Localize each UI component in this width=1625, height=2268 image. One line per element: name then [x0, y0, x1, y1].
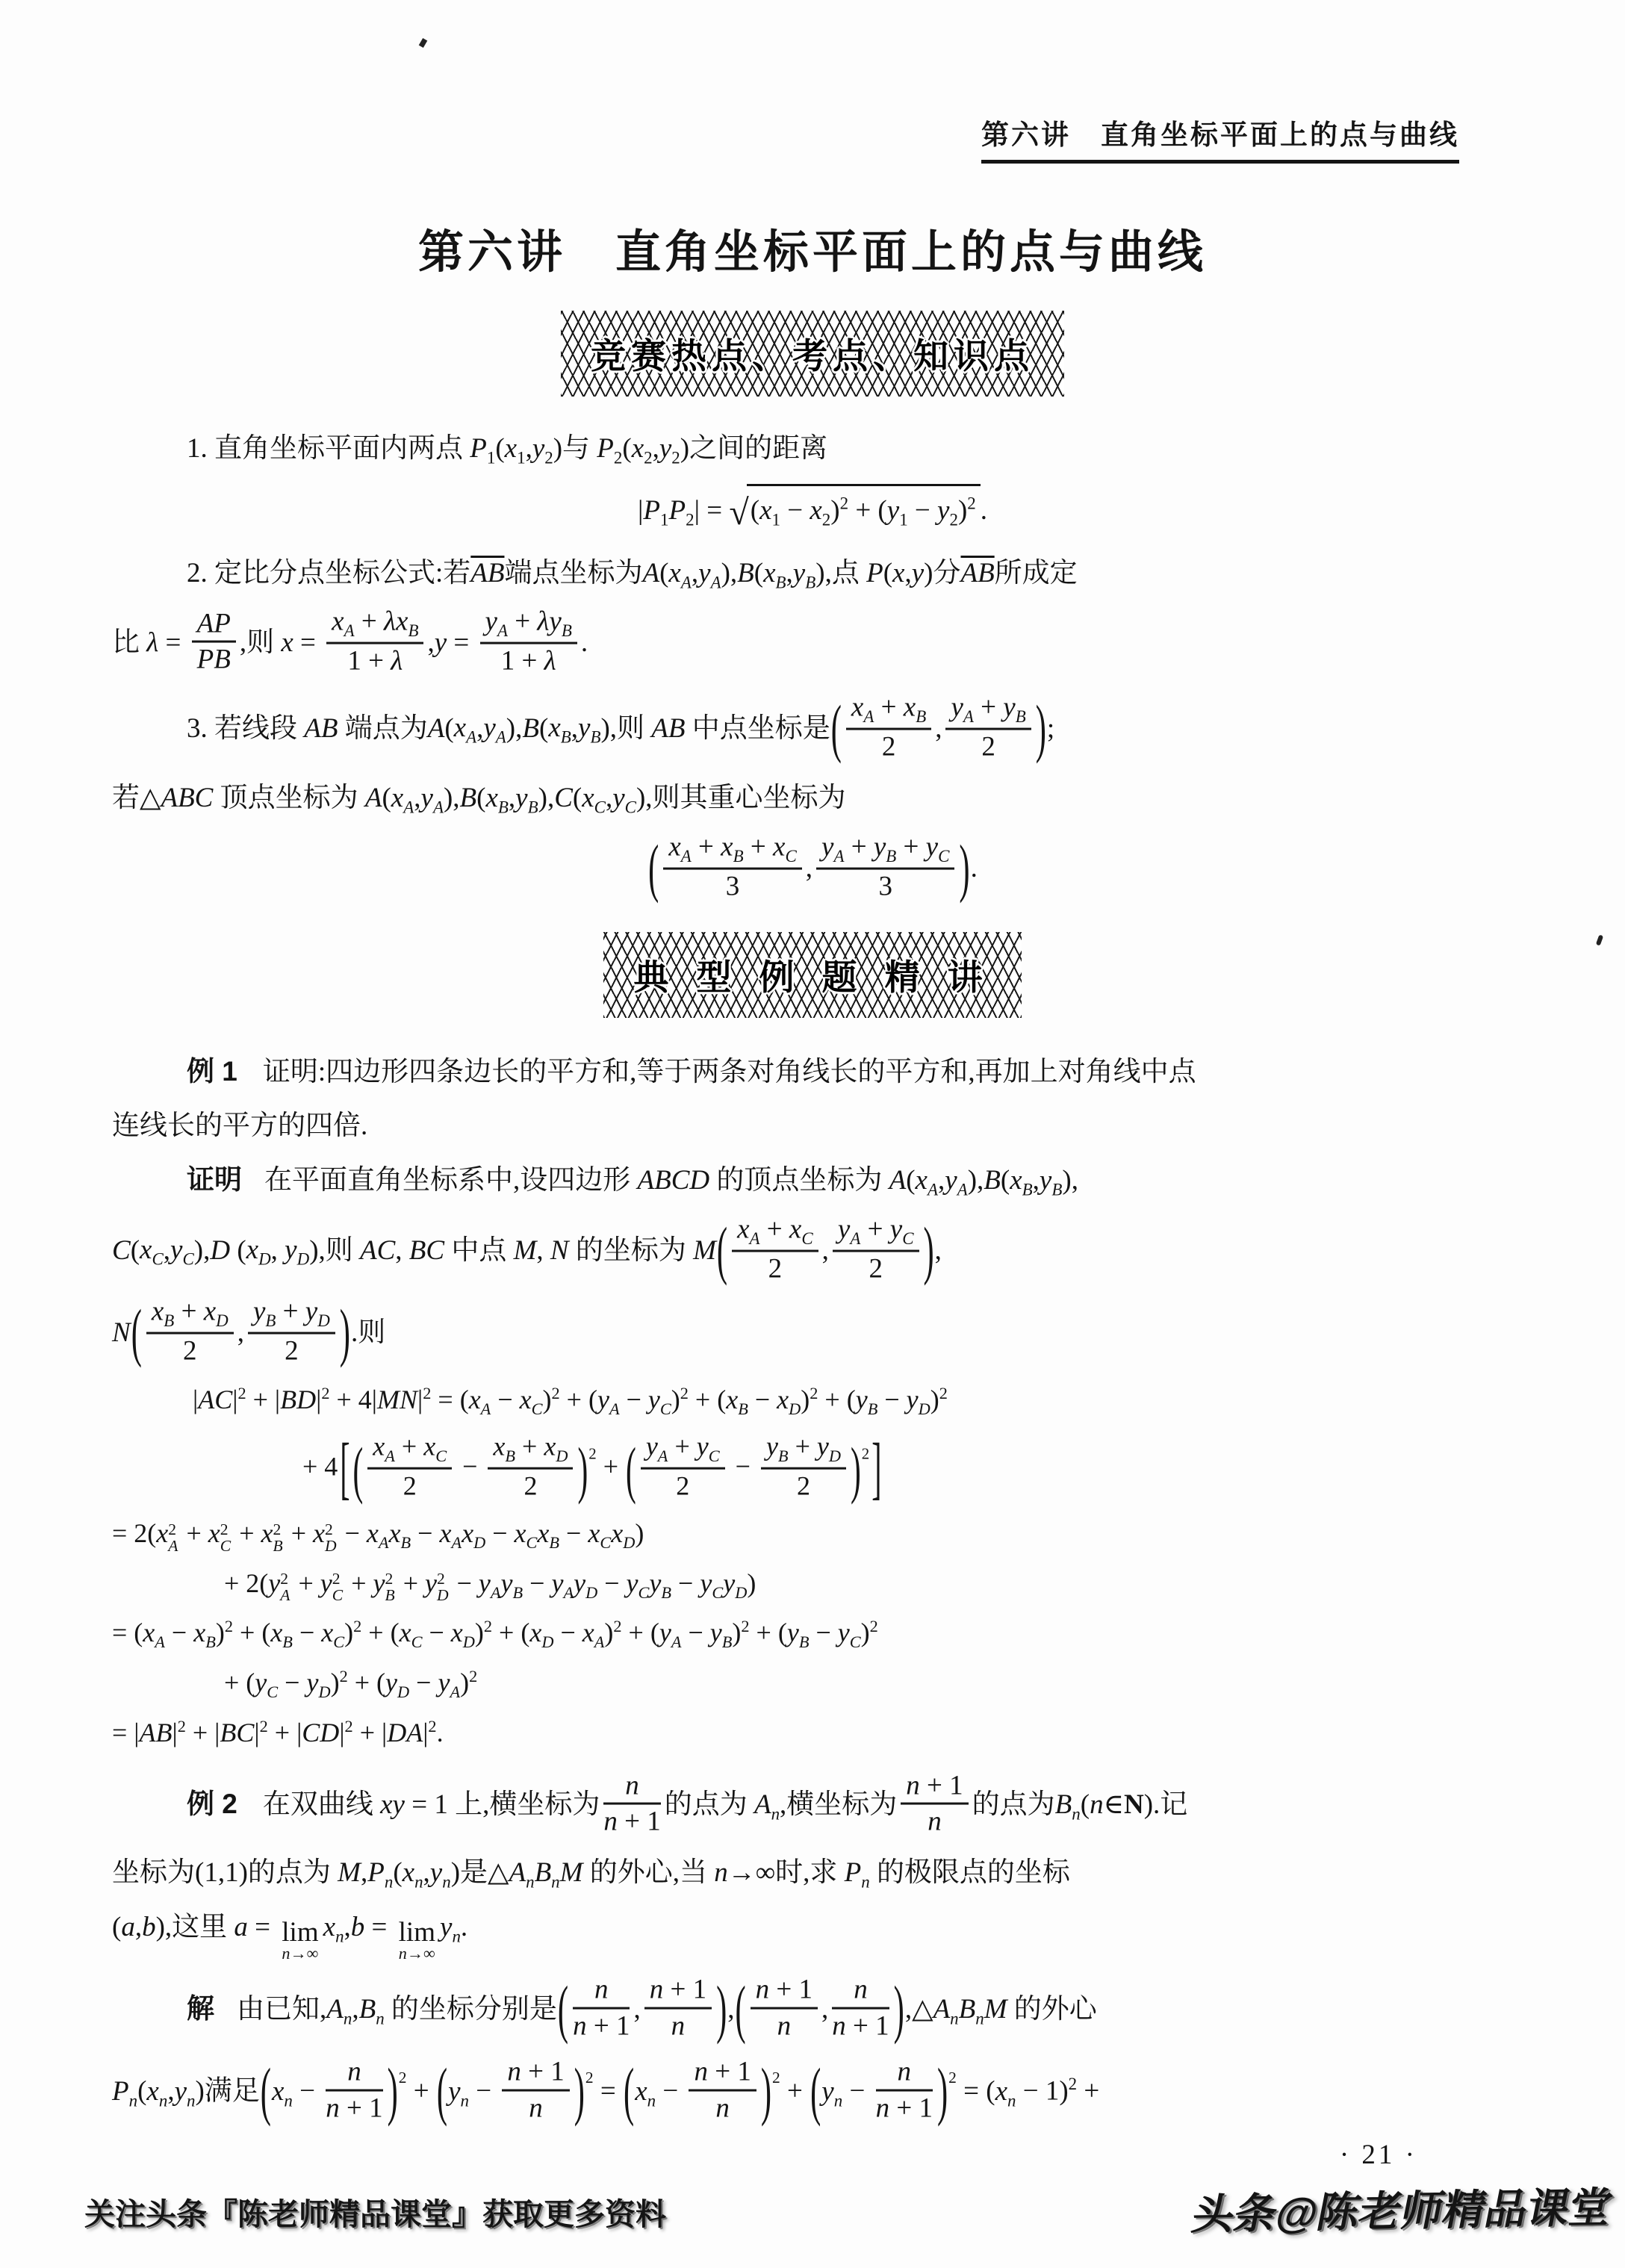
- knowledge-item-1-formula: |P1P2| = √(x1 − x2)2 + (y1 − y2)2.: [112, 484, 1513, 542]
- knowledge-item-3-line2: 若△ABC 顶点坐标为 A(xA,yA),B(xB,yB),C(xC,yC),则…: [112, 776, 1513, 821]
- example1-proof-line1: 证明在平面直角坐标系中,设四边形 ABCD 的顶点坐标为 A(xA,yA),B(…: [112, 1158, 1513, 1204]
- example2-solution-line1: 解由已知,An,Bn 的坐标分别是(nn + 1,n + 1n),(n + 1n…: [112, 1976, 1513, 2046]
- example2-solution-line2: Pn(xn,yn)满足(xn − nn + 1)2 + (yn − n + 1n…: [112, 2058, 1513, 2128]
- knowledge-item-2: 2. 定比分点坐标公式:若AB端点坐标为A(xA,yA),B(xB,yB),点 …: [112, 551, 1513, 597]
- scan-speck: [419, 38, 428, 48]
- example1-statement-line2: 连线长的平方的四倍.: [112, 1104, 1513, 1149]
- banner-knowledge-text: 竞赛热点、考点、知识点: [591, 336, 1034, 376]
- example2-solution-label: 解: [187, 1993, 214, 2024]
- knowledge-item-3-formula: (xA + xB + xC3,yA + yB + yC3).: [112, 833, 1513, 907]
- banner-examples-text: 典 型 例 题 精 讲: [633, 957, 991, 997]
- equation-line-2: + 4[(xA + xC2 − xB + xD2)2 + (yA + yC2 −…: [112, 1433, 1513, 1505]
- example2-statement-line3: (a,b),这里 a = limn→∞xn,b = limn→∞yn.: [112, 1905, 1513, 1962]
- banner-examples: 典 型 例 题 精 讲: [603, 932, 1021, 1018]
- equation-line-5: = (xA − xB)2 + (xB − xC)2 + (xC − xD)2 +…: [112, 1612, 1513, 1655]
- example2-solution-text: 由已知,An,Bn 的坐标分别是(nn + 1,n + 1n),(n + 1n,…: [237, 1994, 1097, 2025]
- example2-label: 例 2: [187, 1789, 237, 1819]
- equation-line-3: = 2(x2A + x2C + x2B + x2D − xAxB − xAxD …: [112, 1513, 1513, 1556]
- scanned-textbook-page: 第六讲 直角坐标平面上的点与曲线 第六讲 直角坐标平面上的点与曲线 竞赛热点、考…: [0, 0, 1625, 2268]
- knowledge-item-1: 1. 直角坐标平面内两点 P1(x1,y2)与 P2(x2,y2)之间的距离: [112, 426, 1513, 472]
- example1-label: 例 1: [187, 1056, 237, 1087]
- example1-statement-text: 证明:四边形四条边长的平方和,等于两条对角线长的平方和,再加上对角线中点: [263, 1057, 1196, 1087]
- page-title: 第六讲 直角坐标平面上的点与曲线: [112, 216, 1513, 281]
- example2-statement-text: 在双曲线 xy = 1 上,横坐标为nn + 1的点为 An,横坐标为n + 1…: [263, 1789, 1187, 1820]
- example1-proof-text: 在平面直角坐标系中,设四边形 ABCD 的顶点坐标为 A(xA,yA),B(xB…: [264, 1165, 1078, 1196]
- running-header: 第六讲 直角坐标平面上的点与曲线: [112, 112, 1459, 164]
- running-header-text: 第六讲 直角坐标平面上的点与曲线: [981, 112, 1459, 164]
- example2-statement: 例 2在双曲线 xy = 1 上,横坐标为nn + 1的点为 An,横坐标为n …: [112, 1772, 1513, 1842]
- example2-statement-line2: 坐标为(1,1)的点为 M,Pn(xn,yn)是△AnBnM 的外心,当 n→∞…: [112, 1851, 1513, 1896]
- footer-promo-text: 关注头条『陈老师精品课堂』获取更多资料: [84, 2190, 666, 2234]
- example1-proof-line3: N(xB + xD2,yB + yD2).则: [112, 1298, 1513, 1372]
- example1-statement: 例 1证明:四边形四条边长的平方和,等于两条对角线长的平方和,再加上对角线中点: [112, 1049, 1513, 1095]
- equation-line-1: |AC|2 + |BD|2 + 4|MN|2 = (xA − xC)2 + (y…: [112, 1379, 1513, 1422]
- example1-proof-line2: C(xC,yC),D (xD, yD),则 AC, BC 中点 M, N 的坐标…: [112, 1216, 1513, 1290]
- equation-line-6: + (yC − yD)2 + (yD − yA)2: [112, 1662, 1513, 1705]
- knowledge-item-3: 3. 若线段 AB 端点为A(xA,yA),B(xB,yB),则 AB 中点坐标…: [112, 694, 1513, 768]
- equation-line-4: + 2(y2A + y2C + y2B + y2D − yAyB − yAyD …: [112, 1563, 1513, 1606]
- footer-watermark: 头条@陈老师精品课堂: [1188, 2175, 1618, 2242]
- banner-knowledge: 竞赛热点、考点、知识点: [561, 311, 1064, 397]
- knowledge-item-2-formula: 比 λ = APPB,则 x = xA + λxB1 + λ,y = yA + …: [112, 608, 1513, 682]
- page-content: 第六讲 直角坐标平面上的点与曲线 第六讲 直角坐标平面上的点与曲线 竞赛热点、考…: [0, 112, 1625, 2171]
- example1-proof-label: 证明: [187, 1164, 242, 1195]
- equation-line-7: = |AB|2 + |BC|2 + |CD|2 + |DA|2.: [112, 1712, 1513, 1753]
